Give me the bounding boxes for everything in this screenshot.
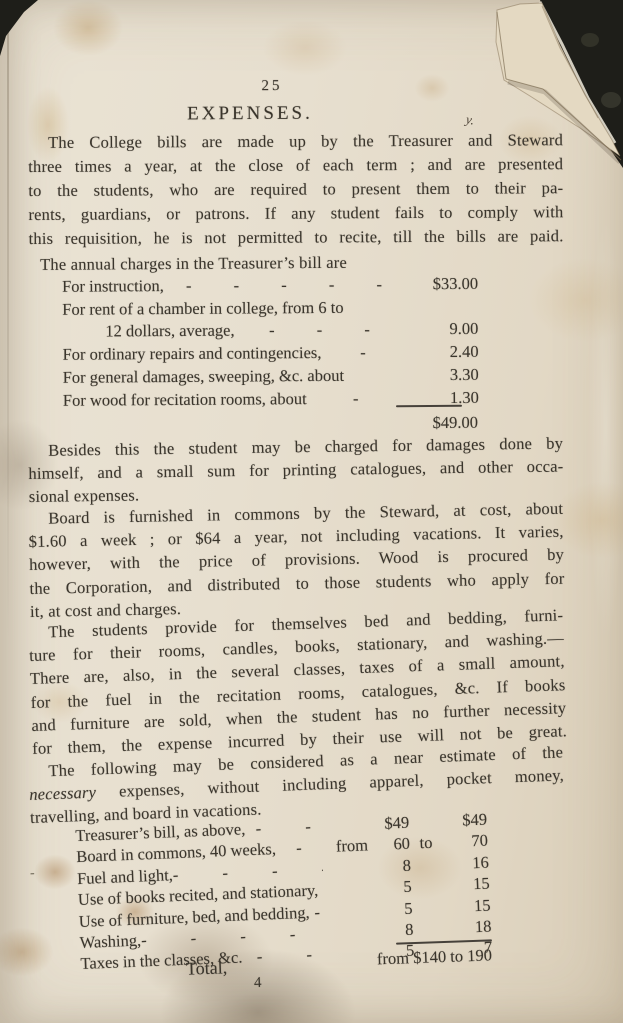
row-amount: 9.00 [404, 318, 478, 341]
range-prefix [321, 829, 367, 831]
paragraph-line: three times a year, at the close of each… [28, 152, 563, 179]
paragraph-4: The students provide for themselves bed … [28, 603, 567, 760]
range-connector [411, 869, 443, 870]
range-connector: to [410, 832, 443, 855]
range-connector [412, 891, 444, 892]
background-texture [601, 92, 621, 108]
low-estimate: 8 [371, 919, 414, 942]
low-estimate: $49 [367, 812, 410, 835]
row-dash-leaders: - - [245, 815, 322, 839]
book-page-photo: y. 25 EXPENSES. The College bills are ma… [0, 0, 623, 1023]
range-prefix [324, 894, 370, 896]
paragraph-1: The College bills are made up by the Tre… [28, 128, 564, 251]
row-label: For general damages, sweeping, &c. about [63, 365, 344, 390]
signature-mark: 4 [254, 975, 262, 992]
high-estimate: 15 [443, 873, 490, 896]
row-amount: 3.30 [405, 364, 479, 387]
range-connector [413, 912, 445, 913]
range-prefix [325, 915, 371, 917]
range-prefix: from [322, 835, 369, 858]
treasurers-bill-table: For instruction, - - - - - $33.00 For re… [28, 272, 564, 412]
page-title: EXPENSES. [28, 102, 472, 126]
row-dash-leaders: - [307, 387, 405, 410]
background-texture [581, 33, 599, 47]
row-dash-leaders: - - [242, 944, 327, 969]
table-row: For wood for recitation rooms, about - 1… [29, 386, 564, 412]
estimate-total-label: Total, [186, 957, 228, 979]
row-label: For ordinary repairs and contingencies, [62, 342, 321, 367]
page-number: 25 [250, 78, 294, 95]
row-dash-leaders: - [321, 341, 404, 364]
range-connector [409, 826, 441, 827]
paragraph-3: Board is furnished in commons by the Ste… [28, 497, 565, 623]
paragraph-line: this requisition, he is not permitted to… [29, 224, 564, 251]
row-amount: $33.00 [404, 273, 478, 296]
paragraph-2: Besides this the student may be charged … [28, 432, 564, 508]
range-prefix [326, 936, 372, 938]
row-dash-leaders: - [275, 837, 322, 860]
row-label: For rent of a chamber in college, from 6… [62, 297, 343, 322]
row-dash-leaders: - - - - - [164, 273, 404, 297]
treasurers-bill-total: $49.00 [394, 413, 478, 434]
low-estimate: 60 [368, 833, 411, 856]
range-prefix [323, 872, 369, 874]
high-estimate: 18 [445, 916, 492, 939]
page-gutter-crease [7, 0, 9, 640]
row-label: For wood for recitation rooms, about [63, 388, 307, 412]
row-amount: 2.40 [404, 341, 478, 364]
high-estimate: 70 [442, 830, 489, 853]
low-estimate: 8 [368, 854, 411, 877]
low-estimate: 5 [369, 876, 412, 899]
row-label: 12 dollars, average, [105, 320, 234, 344]
paragraph-line: The College bills are made up by the Tre… [28, 128, 563, 155]
row-label: For instruction, [62, 275, 164, 298]
row-amount [404, 312, 478, 313]
paragraph-line: to the students, who are required to pre… [28, 176, 563, 203]
high-estimate: 15 [444, 894, 491, 917]
paragraph-line: rents, guardians, or patrons. If any stu… [28, 200, 563, 227]
row-dash-leaders: - [309, 901, 325, 923]
low-estimate: 5 [370, 897, 413, 920]
range-connector [414, 933, 446, 934]
italic-word: necessary [29, 783, 97, 804]
row-dash-leaders: - - - [235, 319, 405, 343]
stray-print-mark: - [30, 866, 35, 882]
high-estimate: 16 [442, 851, 489, 874]
row-label: Washing, [79, 930, 141, 954]
high-estimate: $49 [441, 809, 488, 832]
